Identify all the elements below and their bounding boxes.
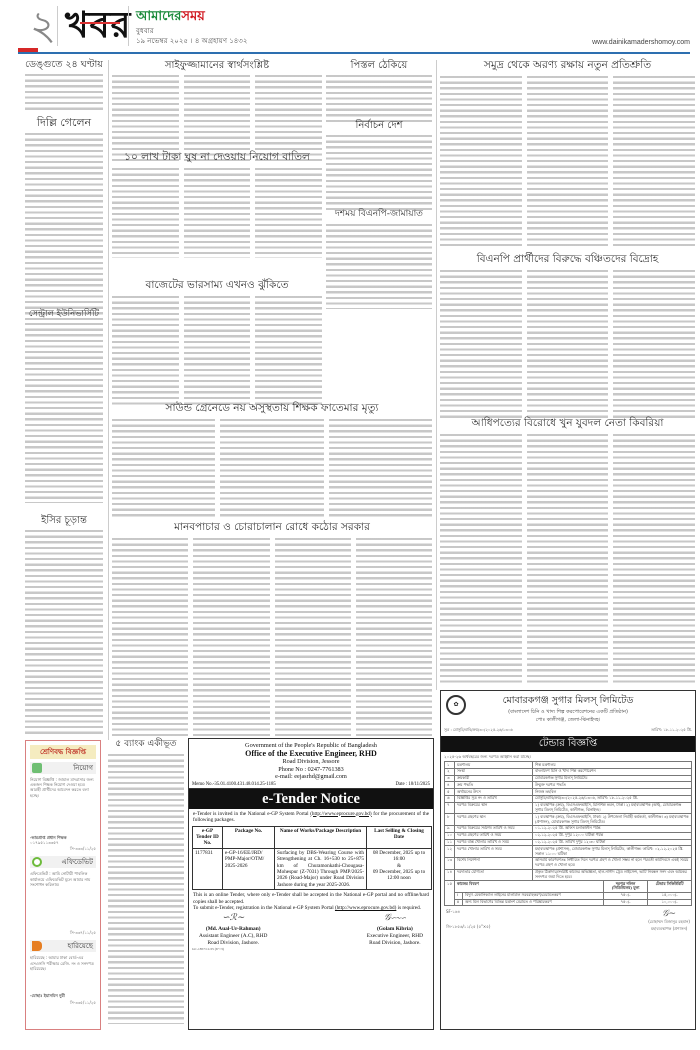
package-no: e-GP-16/EE/JRD/ PMP-Major/OTM/ 2025-2026 (223, 848, 275, 889)
article-body (193, 538, 269, 736)
logo-part-2: সময় (181, 9, 204, 24)
headline: আধিপত্যের বিরোধে খুন যুবদল নেতা কিবরিয়া (440, 418, 695, 430)
sugar-footer: SF-১৬৪ জি-১৮৫৬/১১/২৫ (৫"×৫) 𝒢∼ (মোহাম্মদ… (441, 906, 695, 936)
cell-label: দরপত্র গ্রহণের তারিখ ও সময় (455, 832, 533, 839)
sf-code: SF-১৬৪ (446, 909, 490, 916)
article-adhipotto: আধিপত্যের বিরোধে খুন যুবদল নেতা কিবরিয়া (440, 418, 695, 684)
company-emblem-icon: ✿ (446, 695, 466, 715)
article-body (356, 538, 432, 736)
article-budget: বাজেটের ভারসাম্য এখনও ঝুঁকিতে (112, 280, 322, 406)
company-subtitle: (বাংলাদেশ চিনি ও খাদ্য শিল্প করপোরেশনের … (441, 709, 695, 717)
closing-date: 09 December, 2025 up to 12:00 noon (369, 869, 429, 882)
division-line: Road Division, Jessore (189, 758, 433, 766)
classified-code: সি-৩৩৩/১১/২৫ (30, 846, 96, 853)
headline: ইসির চূড়ান্ত (25, 515, 103, 526)
article-body (275, 538, 351, 736)
headline: সাউন্ড গ্রেনেডে নয় অসুস্থতায় শিক্ষক ফা… (112, 403, 432, 415)
tender-banner: e-Tender Notice (189, 789, 433, 809)
cell-label: ক্রয় পদ্ধতি (455, 782, 533, 789)
headline: ডেঙ্গুতে ২৪ ঘণ্টায় (25, 60, 103, 70)
classifieds-box: শ্রেণিবদ্ধ বিজ্ঞপ্তি নিয়োগ নিয়োগ বিজ্ঞ… (25, 740, 101, 1030)
section-title: এফিডেভিট (62, 858, 93, 866)
website-link[interactable]: www.dainikamadershomoy.com (592, 39, 690, 46)
table-row: ১০দরপত্র গ্রহণের তারিখ ও সময়০২-১২-২০২৫ … (445, 832, 692, 839)
eprocure-link[interactable]: (http://www.eprocure.gov.bd) (310, 811, 371, 817)
cell-no: ৪ (445, 782, 455, 789)
article-body (112, 538, 188, 736)
cell-value: মহাব্যবস্থাপক (প্রশাসন), মোবারকগঞ্জ সুগা… (533, 846, 692, 858)
headline: সমুদ্র থেকে অরণ্য রক্ষায় নতুন প্রতিশ্রু… (440, 60, 695, 72)
gc-code: GC-1857/11/25 (6"×3) (189, 947, 433, 951)
memo-number: Memo No.-35.01.4100.431.48.014.25-1185 (192, 782, 276, 787)
cell-no: ৬ (445, 795, 455, 802)
headline: বাজেটের ভারসাম্য এখনও ঝুঁকিতে (112, 280, 322, 292)
col-header: দরপত্র দলিল (সিডিউলের) মূল্য (604, 881, 648, 893)
gd-code: জি-১৮৫৬/১১/২৫ (৫"×৫) (446, 924, 490, 931)
cell-no: ১০ (445, 832, 455, 839)
table-row: ii অন্য মিল বিভাগের বিভিন্ন যন্ত্রাংশ মে… (445, 899, 692, 906)
cell-value: ০২-১২-২০২৫ খ্রি. তারিখ দুপুর ১২:৩০ ঘটিকা (533, 839, 692, 846)
phone-line: Phone No : 0247-7761383 (189, 766, 433, 774)
cell-no: ১১ (445, 839, 455, 846)
cell-no: ৩ (445, 775, 455, 782)
cell-value: মোবারকগঞ্জ সুগার মিলস্ লিমিটেড (533, 775, 692, 782)
item-price: ৭৫০/- (604, 899, 648, 906)
table-row: ১৪দরদাতার যোগ্যতাপ্রকৃত ঠিকাদার/সংশ্লিষ্… (445, 869, 692, 881)
company-name: মোবারকগঞ্জ সুগার মিলস্ লিমিটেড (441, 694, 695, 709)
memo-date: তারিখ: ১৮-১১-২০২৫ খ্রি. (651, 727, 692, 734)
article-saifuzzaman: সাইফুজ্জামানের স্বার্থসংশ্লিষ্ট (112, 60, 322, 163)
article-body (613, 434, 695, 684)
cell-value: বাংলাদেশ চিনি ও খাদ্য শিল্প করপোরেশন (533, 768, 692, 775)
article-body (255, 168, 322, 258)
cell-no: ১২ (445, 846, 455, 858)
page-number: ২ (30, 6, 56, 46)
memo-date: Date : 18/11/2025 (396, 782, 430, 787)
divider (57, 6, 58, 46)
column-divider (108, 60, 109, 740)
article-dengue: ডেঙ্গুতে ২৪ ঘণ্টায় (25, 60, 103, 112)
article-body (440, 434, 522, 684)
tender-banner: টেন্ডার বিজ্ঞপ্তি (441, 736, 695, 752)
cell-no: ১৪ (445, 869, 455, 881)
work-table: ১৫ কাজের বিবরণ দরপত্র দলিল (সিডিউলের) মূ… (444, 880, 692, 906)
tender-footer: This is an online Tender, where only e-T… (189, 890, 433, 914)
article-body (326, 135, 432, 210)
article-body (527, 434, 609, 684)
table-row: 1177831 e-GP-16/EE/JRD/ PMP-Major/OTM/ 2… (193, 848, 432, 889)
cell-value: উন্মুক্ত দরপত্র পদ্ধতি (533, 782, 692, 789)
header-rule (18, 52, 690, 54)
tender-table: e-GP Tender ID No. Package No. Name of W… (192, 826, 432, 891)
classified-section-niyog: নিয়োগ (30, 762, 96, 774)
signatory-office: Road Division, Jashore. (199, 940, 267, 947)
cell-value: ১) ব্যবস্থাপক (ক্রয়), বিএসএফআইসি, ঢাকা।… (533, 814, 692, 826)
headline: পিস্তল ঠেকিয়ে (326, 60, 432, 71)
article-body (112, 419, 215, 519)
cell-label: দরপত্র বিক্রয়ের স্থান (455, 802, 533, 814)
article-bank: ৫ ব্যাংক একীভূত (108, 740, 184, 1024)
target-icon (32, 857, 42, 867)
col-header: টেন্ডার সিকিউরিটি (648, 881, 692, 893)
headline: ৫ ব্যাংক একীভূত (108, 740, 184, 750)
footer-tail: is required. (398, 905, 421, 911)
signatory-title: Executive Engineer, RHD (367, 933, 423, 940)
cell-value: ০২-১২-২০২৫ খ্রি. দুপুর ১২:০০ ঘটিকা পর্যন… (533, 832, 692, 839)
signature-scribble-icon: 𝒢∼ (648, 909, 690, 919)
headline: ১০ লাখ টাকা ঘুষ না দেওয়ায় নিয়োগ বাতিল (112, 152, 322, 164)
classified-signature: -মোছাঃ ইয়াসমিন নুরী (30, 993, 96, 998)
cell-label: ক্রয়কারী (455, 775, 533, 782)
cell-value: নিজস্ব তহবিল (533, 789, 692, 796)
cell-label: দরপত্র বাক্স খোলার তারিখ ও সময় (455, 839, 533, 846)
megaphone-icon (32, 941, 42, 951)
cell-label: দরপত্র খোলার তারিখ ও সময় (455, 846, 533, 858)
table-row: ২সংস্থাবাংলাদেশ চিনি ও খাদ্য শিল্প করপোর… (445, 768, 692, 775)
works-description: Surfacing by DBS-Wearing Course with Str… (275, 848, 367, 889)
article-body (25, 74, 103, 112)
classifieds-header: শ্রেণিবদ্ধ বিজ্ঞপ্তি (30, 745, 96, 759)
signatory-name: (Golam Kibria) (367, 926, 423, 933)
logo-part-1: আমাদের (136, 9, 181, 24)
col-header: কাজের বিবরণ (455, 881, 604, 893)
cell-value: ০১-১২-২০২৫ খ্রি. অফিস চলাকালীন পর্যন্ত (533, 825, 692, 832)
table-row: ১২দরপত্র খোলার তারিখ ও সময়মহাব্যবস্থাপক… (445, 846, 692, 858)
divider (128, 6, 129, 46)
col-header: e-GP Tender ID No. (193, 826, 223, 848)
cell-no: ১৩ (445, 857, 455, 869)
footer-line-2: To submit e-Tender, registration in the … (193, 905, 334, 911)
cell-no: ২ (445, 768, 455, 775)
table-row: ৫অর্থায়নের উৎসনিজস্ব তহবিল (445, 789, 692, 796)
table-row: ১১দরপত্র বাক্স খোলার তারিখ ও সময়০২-১২-২… (445, 839, 692, 846)
cell-value: মোসুমি/বাবি/ক্রয়/৩০/২০২৫-২৬/১৩০৬, তারিখ… (533, 795, 692, 802)
column-divider (436, 60, 437, 690)
tender-intro: e-Tender is invited in the National e-GP… (189, 809, 433, 826)
article-body (527, 76, 609, 248)
signatory-name: (মোহাম্মদ মিজানুর রহমান) (648, 919, 690, 926)
headline: দিল্লি গেলেন (25, 117, 103, 129)
article-sound-grenade: সাউন্ড গ্রেনেডে নয় অসুস্থতায় শিক্ষক ফা… (112, 403, 432, 519)
article-body (112, 75, 179, 163)
classified-text: এফিডেভিট : আমি নোটারী পাবলিক কার্যালয়ে … (30, 871, 96, 929)
cell-no: ১ (445, 762, 455, 769)
tender-id: 1177831 (193, 848, 223, 889)
signatory-title: মহাব্যবস্থাপক (প্রশাসন) (648, 926, 690, 933)
date-label: ১৯ নভেম্বর ২০২৫ । ৪ অগ্রহায়ণ ১৪৩২ (136, 35, 247, 47)
table-row: ৭দরপত্র বিক্রয়ের স্থান১) ব্যবস্থাপক (ক্… (445, 802, 692, 814)
headline: দশময় বিএনপি-জামায়াত (326, 210, 432, 220)
article-nirbachon: নির্বাচন দেশ (326, 120, 432, 210)
cell-label: মন্ত্রণালয় (455, 762, 533, 769)
gov-line: Government of the People's Republic of B… (189, 742, 433, 749)
cell-no: ৮ (445, 814, 455, 826)
cell-value: প্রকৃত ঠিকাদার/সংশ্লিষ্ট কাজের অভিজ্ঞতা,… (533, 869, 692, 881)
cell-value: অনিবার্য কারণবশতঃ নির্ধারিত দিনে দরপত্র … (533, 857, 692, 869)
person-icon (32, 763, 42, 773)
footer-line-1: This is an online Tender, where only e-T… (193, 892, 429, 905)
article-body (184, 296, 251, 406)
cell-value: ১) ব্যবস্থাপক (ক্রয়), বিএসএফআইসি, চিনিশ… (533, 802, 692, 814)
article-body (112, 296, 179, 406)
article-body (527, 270, 609, 418)
signature-scribble-icon: ∽ℛ∼ (199, 914, 267, 926)
item-idx: ii (455, 899, 463, 906)
col-header: Last Selling & Closing Date (367, 826, 432, 848)
signatory-office: Road Division, Jashore. (367, 940, 423, 947)
article-body (326, 224, 432, 309)
item-security: ১৫,০০০/- (648, 892, 692, 899)
signatures: ∽ℛ∼ (Md. Aual-Ur-Rahman) Assistant Engin… (189, 914, 433, 947)
item-idx: i (455, 892, 463, 899)
table-row: ৬বিজ্ঞপ্তির সূত্র নং ও তারিখমোসুমি/বাবি/… (445, 795, 692, 802)
classified-text: হারিয়েছে : আমার ঢাকা বোর্ড-এর এসএসসি পর… (30, 955, 96, 993)
article-body (440, 270, 522, 418)
article-body (255, 75, 322, 163)
article-body (184, 168, 251, 258)
sugar-mill-tender: ✿ মোবারকগঞ্জ সুগার মিলস্ লিমিটেড (বাংলাদ… (440, 690, 696, 1030)
article-body (25, 530, 103, 735)
article-manobpachar: মানবপাচার ও চোরাচালান রোধে কঠোর সরকার (112, 522, 432, 736)
classified-code: সি-৩৩৫/১১/২৫ (30, 1000, 96, 1007)
article-body (220, 419, 323, 519)
article-body (108, 754, 184, 1024)
article-central-university: সেন্ট্রাল ইউনিভার্সিটি (25, 310, 103, 503)
classified-section-affidavit: এফিডেভিট (30, 856, 96, 868)
cell-no: ৭ (445, 802, 455, 814)
signatory-left: ∽ℛ∼ (Md. Aual-Ur-Rahman) Assistant Engin… (199, 914, 267, 947)
memo-number: সূত্র : মোসুমি/বাবি/ক্রয়/৩০/২০২৫-২৬/১৩০… (444, 727, 513, 734)
row-no: ১৫ (445, 881, 455, 906)
classified-phone: ০১৭৯৫১১৩৩৫৭ (30, 840, 96, 845)
memo-row: সূত্র : মোসুমি/বাবি/ক্রয়/৩০/২০২৫-২৬/১৩০… (441, 725, 695, 736)
classified-text: নিয়োগ বিজ্ঞপ্তি : জামাল মাদরাসার জন্য এ… (30, 777, 96, 835)
item-desc: অন্য মিল বিভাগের বিভিন্ন যন্ত্রাংশ মেরাম… (463, 899, 604, 906)
article-ghush: ১০ লাখ টাকা ঘুষ না দেওয়ায় নিয়োগ বাতিল (112, 152, 322, 258)
table-row: ৮দরপত্র গ্রহণের স্থান১) ব্যবস্থাপক (ক্রয… (445, 814, 692, 826)
headline: মানবপাচার ও চোরাচালান রোধে কঠোর সরকার (112, 522, 432, 534)
cell-no: ৯ (445, 825, 455, 832)
dates-cell: 08 December, 2025 up to 16:00 & 09 Decem… (367, 848, 432, 889)
item-security: ১০,০০০/- (648, 899, 692, 906)
table-row: ৪ক্রয় পদ্ধতিউন্মুক্ত দরপত্র পদ্ধতি (445, 782, 692, 789)
cell-value: শিল্প মন্ত্রণালয় (533, 762, 692, 769)
classified-section-lost: হারিয়েছে (30, 940, 96, 952)
article-bnp-rebel: বিএনপি প্রার্থীদের বিরুদ্ধে বঞ্চিতদের বি… (440, 254, 695, 418)
cell-label: দরদাতার যোগ্যতা (455, 869, 533, 881)
headline: সেন্ট্রাল ইউনিভার্সিটি (25, 310, 103, 319)
article-dilli: দিল্লি গেলেন (25, 117, 103, 323)
section-title: হারিয়েছে (67, 942, 93, 950)
classified-code: সি-৩৩৭/১১/২৫ (30, 930, 96, 937)
intro-text: e-Tender is invited in the National e-GP… (193, 811, 309, 817)
article-body (613, 76, 695, 248)
article-body (112, 168, 179, 258)
article-body (255, 296, 322, 406)
headline: সাইফুজ্জামানের স্বার্থসংশ্লিষ্ট (112, 60, 322, 71)
signatory-title: Assistant Engineer (A.C), RHD (199, 933, 267, 940)
signatory-name: (Md. Aual-Ur-Rahman) (199, 926, 267, 933)
memo-row: Memo No.-35.01.4100.431.48.014.25-1185 D… (189, 781, 433, 789)
tender-info-table: ১মন্ত্রণালয়শিল্প মন্ত্রণালয়২সংস্থাবাংল… (444, 761, 692, 881)
article-body (184, 75, 251, 163)
table-row: ১৩বিশেষ নির্দেশনাঅনিবার্য কারণবশতঃ নির্ধ… (445, 857, 692, 869)
cell-label: সংস্থা (455, 768, 533, 775)
headline: নির্বাচন দেশ (326, 120, 432, 131)
article-pistol: পিস্তল ঠেকিয়ে (326, 60, 432, 125)
article-body (326, 75, 432, 125)
item-price: ৭৫০/- (604, 892, 648, 899)
article-body (329, 419, 432, 519)
item-desc: বিদ্যুৎ মেকানিক্যাল লাইনের মালামাল সরবরা… (463, 892, 604, 899)
table-row: ১মন্ত্রণালয়শিল্প মন্ত্রণালয় (445, 762, 692, 769)
cell-label: বিশেষ নির্দেশনা (455, 857, 533, 869)
email-line: e-mail: eejasrhd@gmail.com (189, 773, 433, 781)
section-title: খবর (65, 8, 131, 44)
article-body (25, 133, 103, 323)
tender-intro: ২০২৫-২৬ অর্থবছরের জন্য দরপত্র আহ্বান করা… (441, 752, 695, 761)
article-samudra: সমুদ্র থেকে অরণ্য রক্ষায় নতুন প্রতিশ্রু… (440, 60, 695, 248)
article-body (25, 323, 103, 503)
headline: বিএনপি প্রার্থীদের বিরুদ্ধে বঞ্চিতদের বি… (440, 254, 695, 266)
selling-date: 08 December, 2025 up to 16:00 (369, 850, 429, 863)
section-title: নিয়োগ (73, 764, 93, 772)
cell-no: ৫ (445, 789, 455, 796)
article-doshmoy: দশময় বিএনপি-জামায়াত (326, 210, 432, 309)
cell-label: দরপত্র বিক্রয়ের সর্বশেষ তারিখ ও সময় (455, 825, 533, 832)
col-header: Name of Works/Package Description (275, 826, 367, 848)
article-body (613, 270, 695, 418)
company-address: পোঃ কালীগঞ্জ, জেলা-ঝিনাইদহ। (441, 717, 695, 725)
section-underline (80, 22, 120, 24)
office-title: Office of the Executive Engineer, RHD (189, 749, 433, 758)
table-row: i বিদ্যুৎ মেকানিক্যাল লাইনের মালামাল সরব… (445, 892, 692, 899)
signature-scribble-icon: 𝒢∽∼∽ (367, 914, 423, 926)
article-isir: ইসির চূড়ান্ত (25, 515, 103, 735)
signatory-right: 𝒢∽∼∽ (Golam Kibria) Executive Engineer, … (367, 914, 423, 947)
eprocure-link-2[interactable]: (http://www.eprocure.gov.bd) (335, 905, 396, 911)
cell-label: বিজ্ঞপ্তির সূত্র নং ও তারিখ (455, 795, 533, 802)
masthead: ২ খবর আমাদেরসময় বুধবার ১৯ নভেম্বর ২০২৫ … (0, 0, 700, 55)
col-header: Package No. (223, 826, 275, 848)
table-row: ৯দরপত্র বিক্রয়ের সর্বশেষ তারিখ ও সময়০১… (445, 825, 692, 832)
article-body (440, 76, 522, 248)
e-tender-notice: Government of the People's Republic of B… (188, 738, 434, 1030)
table-row: ৩ক্রয়কারীমোবারকগঞ্জ সুগার মিলস্ লিমিটেড (445, 775, 692, 782)
cell-label: দরপত্র গ্রহণের স্থান (455, 814, 533, 826)
cell-label: অর্থায়নের উৎস (455, 789, 533, 796)
